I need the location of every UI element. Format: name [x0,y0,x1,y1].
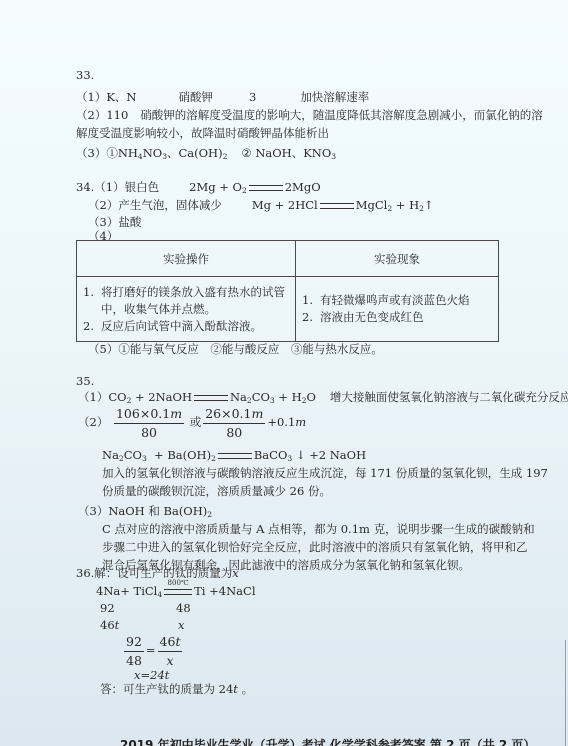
q36-row2-right: x [178,618,185,632]
list-item: 1.有轻微爆鸣声或有淡蓝色火焰 [302,292,492,309]
experiment-table: 实验操作 实验现象 1.将打磨好的镁条放入盛有热水的试管中，收集气体并点燃。 2… [76,240,499,342]
q33-part1: （1）K、N硝酸钾3加快溶解速率 [76,90,369,104]
q35-part2-explain1: 加入的氢氧化钡溶液与碳酸钠溶液反应生成沉淀，每 171 份质量的氢氧化钡，生成 … [102,466,548,480]
q34-part1: 34.（1）银白色2Mg + O22MgO [76,180,321,198]
list-item: 2.溶液由无色变成红色 [302,309,492,326]
q33-part2-line2: 解度受温度影响较小，故降温时硝酸钾晶体能析出 [76,126,329,140]
reaction-equals-sign [249,185,283,191]
q33-number: 33. [76,68,94,82]
gas-arrow: ↑ [424,198,434,212]
q36-row2-left: 46t [100,618,119,632]
q35-part3-explain2: 步骤二中进入的氢氧化钡恰好完全反应，此时溶液中的溶质只有氢氧化钠，将甲和乙 [102,540,528,554]
reaction-equals-sign [320,203,354,209]
table-header-phenomenon: 实验现象 [296,241,499,277]
q35-number: 35. [76,374,94,388]
q35-part2-explain2: 份质量的碳酸钡沉淀，溶质质量减少 26 份。 [102,484,331,498]
q36-result: x=24t [134,668,169,682]
q36-equation: 4Na+ TiCl4800℃Ti +4NaCl [96,584,256,602]
q35-part3-answer: （3）NaOH 和 Ba(OH)2 [78,504,212,522]
reaction-equals-sign [194,395,228,401]
page-footer: 2019 年初中毕业生学业（升学）考试 化学学科参考答案 第 2 页（共 2 页… [120,736,535,746]
operation-cell: 1.将打磨好的镁条放入盛有热水的试管中，收集气体并点燃。 2.反应后向试管中滴入… [77,277,296,342]
reaction-condition: 800℃ [164,579,192,587]
q34-part5: （5）①能与氧气反应 ②能与酸反应 ③能与热水反应。 [88,342,383,356]
q35-part2-equation: Na2CO3 + Ba(OH)2BaCO3 ↓ +2 NaOH [102,448,366,466]
q36-row1-right: 48 [176,601,191,615]
q35-part2-fractions: （2） 106×0.1m80 或26×0.1m80+0.1m [78,404,306,441]
reaction-equals-sign: 800℃ [164,589,192,595]
q36-row1-left: 92 [100,601,115,615]
reaction-equals-sign [218,453,252,459]
list-item: 2.反应后向试管中滴入酚酞溶液。 [83,318,289,335]
page-edge-divider [565,640,566,746]
phenomenon-cell: 1.有轻微爆鸣声或有淡蓝色火焰 2.溶液由无色变成红色 [296,277,499,342]
q36-heading: 36.解：设可生产的钛的质量为x [76,566,239,580]
list-item: 1.将打磨好的镁条放入盛有热水的试管中，收集气体并点燃。 [83,284,289,318]
q35-part3-explain1: C 点对应的溶液中溶质质量与 A 点相等，都为 0.1m 克，说明步骤一生成的碳… [102,522,535,536]
q33-part2-line1: （2）110硝酸钾的溶解度受温度的影响大，随温度降低其溶解度急剧减小，而氯化钠的… [76,108,543,122]
q34-part3: （3）盐酸 [88,215,141,229]
q36-answer: 答：可生产钛的质量为 24t 。 [100,682,253,696]
fraction: 9248 [124,634,144,669]
table-header-operation: 实验操作 [77,241,296,277]
fraction: 26×0.1m80 [203,406,265,441]
q34-part2: （2）产生气泡，固体减少Mg + 2HClMgCl2 + H2↑ [88,198,434,216]
fraction: 106×0.1m80 [114,406,184,441]
fraction: 46tx [158,634,183,669]
answer-key-page: 33. （1）K、N硝酸钾3加快溶解速率 （2）110硝酸钾的溶解度受温度的影响… [0,0,568,746]
q36-ratio: 9248=46tx [122,632,184,669]
q33-part3: （3）①NH4NO3、Ca(OH)2② NaOH、KNO3 [76,146,336,164]
